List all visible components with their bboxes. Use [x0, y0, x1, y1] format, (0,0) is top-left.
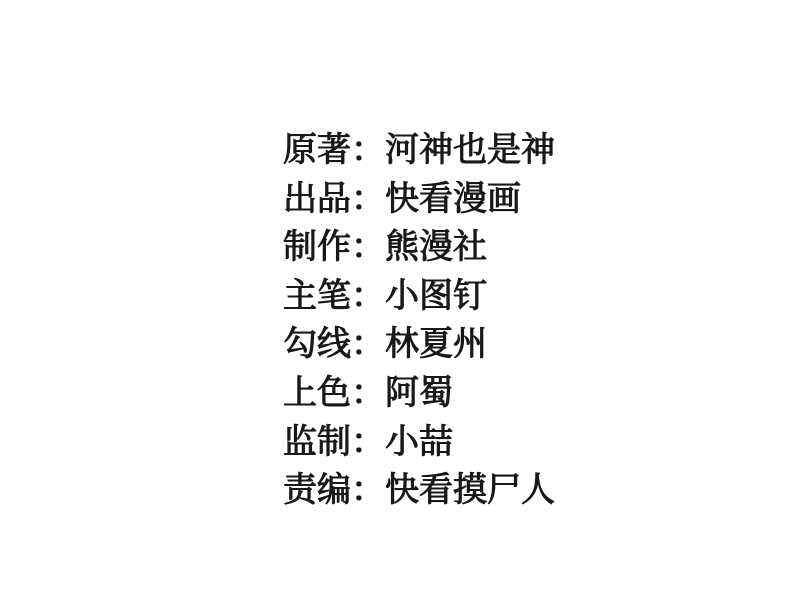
credit-colon: ： [351, 471, 385, 509]
credit-person-name: 快看漫画 [385, 180, 521, 218]
credit-role-label: 责编 [283, 471, 351, 509]
credit-colon: ： [351, 180, 385, 218]
credit-person-name: 小喆 [385, 423, 453, 461]
credit-line: 制作：熊漫社 [283, 223, 555, 272]
credit-role-label: 主笔 [283, 277, 351, 315]
credit-role-label: 上色 [283, 374, 351, 412]
credit-line: 监制：小喆 [283, 418, 555, 467]
credit-person-name: 小图钉 [385, 277, 487, 315]
credit-role-label: 勾线 [283, 325, 351, 363]
credit-role-label: 原著 [283, 131, 351, 169]
credit-role-label: 制作 [283, 228, 351, 266]
credit-line: 上色：阿蜀 [283, 369, 555, 418]
credit-colon: ： [351, 374, 385, 412]
credit-colon: ： [351, 277, 385, 315]
credit-colon: ： [351, 228, 385, 266]
credit-person-name: 林夏州 [385, 325, 487, 363]
credit-line: 勾线：林夏州 [283, 320, 555, 369]
credit-colon: ： [351, 131, 385, 169]
credit-person-name: 快看摸尸人 [385, 471, 555, 509]
credit-person-name: 熊漫社 [385, 228, 487, 266]
credit-line: 出品：快看漫画 [283, 175, 555, 224]
credit-colon: ： [351, 325, 385, 363]
credit-person-name: 河神也是神 [385, 131, 555, 169]
credits-block: 原著：河神也是神 出品：快看漫画 制作：熊漫社 主笔：小图钉 勾线：林夏州 上色… [283, 126, 555, 515]
credit-colon: ： [351, 423, 385, 461]
credit-line: 责编：快看摸尸人 [283, 466, 555, 515]
credit-role-label: 监制 [283, 423, 351, 461]
credit-person-name: 阿蜀 [385, 374, 453, 412]
credit-line: 主笔：小图钉 [283, 272, 555, 321]
credit-line: 原著：河神也是神 [283, 126, 555, 175]
credit-role-label: 出品 [283, 180, 351, 218]
